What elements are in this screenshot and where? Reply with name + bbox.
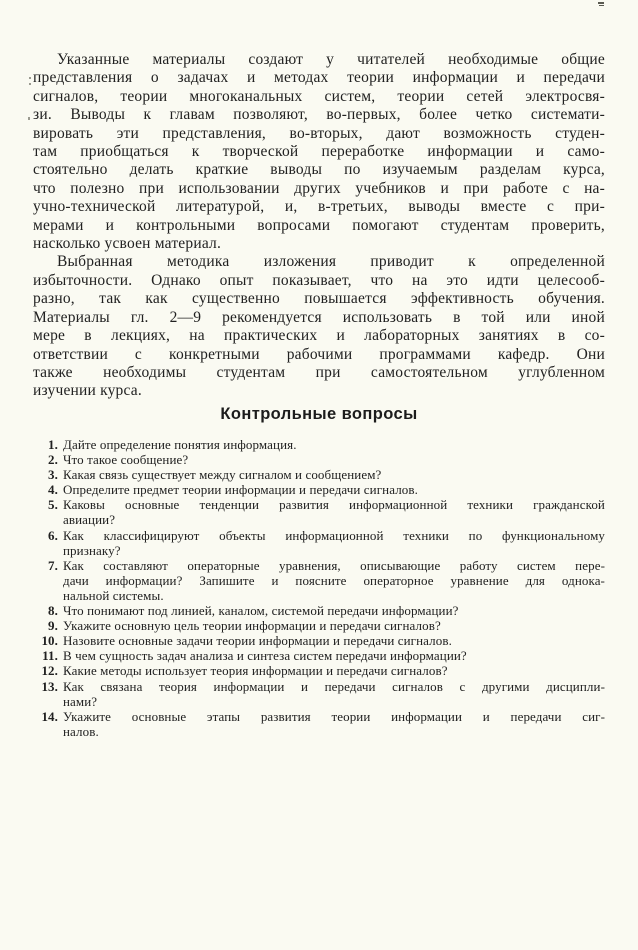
body-text-line: там приобщаться к творческой переработке… [33,143,605,161]
question-number: 9. [33,618,63,633]
question-text-line: Как составляют операторные уравнения, оп… [63,558,605,573]
question-text-line: Что такое сообщение? [63,452,605,467]
body-text-line: насколько усвоен материал. [33,235,605,253]
body-text-line: вировать эти представления, во-вторых, д… [33,125,605,143]
body-text-line: сигналов, теории многоканальных систем, … [33,88,605,106]
body-text-line: избыточности. Однако опыт показывает, чт… [33,272,605,290]
question-item: 4.Определите предмет теории информации и… [33,482,605,497]
question-text: Назовите основные задачи теории информац… [63,633,605,648]
body-text-line: что полезно при использовании других уче… [33,180,605,198]
body-text-line: разно, так как существенно повышается эф… [33,290,605,308]
question-text-line: Что понимают под линией, каналом, систем… [63,603,605,618]
question-number: 14. [33,709,63,724]
question-item: 11.В чем сущность задач анализа и синтез… [33,648,605,663]
question-text: Как составляют операторные уравнения, оп… [63,558,605,603]
question-item: 7.Как составляют операторные уравнения, … [33,558,605,603]
question-text-line: нальной системы. [63,588,605,603]
question-number: 8. [33,603,63,618]
control-questions-list: 1.Дайте определение понятия информация.2… [33,437,605,739]
body-paragraphs: Указанные материалы создают у читателей … [33,51,605,401]
question-text: Определите предмет теории информации и п… [63,482,605,497]
question-text-line: Какие методы использует теория информаци… [63,663,605,678]
question-item: 3.Какая связь существует между сигналом … [33,467,605,482]
question-text: Как классифицируют объекты информационно… [63,528,605,558]
body-text-line: Материалы гл. 2—9 рекомендуется использо… [33,309,605,327]
scan-artifact [599,5,604,6]
section-title: Контрольные вопросы [0,404,638,424]
scan-artifact [29,83,31,85]
question-text: Укажите основную цель теории информации … [63,618,605,633]
question-text-line: налов. [63,724,605,739]
question-text-line: Назовите основные задачи теории информац… [63,633,605,648]
scan-artifact [598,2,604,4]
body-text-line: мере в лекциях, на практических и лабора… [33,327,605,345]
question-item: 9.Укажите основную цель теории информаци… [33,618,605,633]
question-text: Каковы основные тенденции развития инфор… [63,497,605,527]
question-number: 7. [33,558,63,573]
question-text: Как связана теория информации и передачи… [63,679,605,709]
body-text-line: изучении курса. [33,382,605,400]
question-item: 8.Что понимают под линией, каналом, сист… [33,603,605,618]
question-number: 5. [33,497,63,512]
question-text-line: Каковы основные тенденции развития инфор… [63,497,605,512]
question-text: Укажите основные этапы развития теории и… [63,709,605,739]
question-text-line: Определите предмет теории информации и п… [63,482,605,497]
question-text: Какая связь существует между сигналом и … [63,467,605,482]
body-text-line: также необходимы студентам при самостоят… [33,364,605,382]
question-number: 11. [33,648,63,663]
body-text-line: учно-технической литературой, и, в-треть… [33,198,605,216]
question-text-line: Как связана теория информации и передачи… [63,679,605,694]
body-text-line: стоятельно делать краткие выводы по изуч… [33,161,605,179]
question-text: Какие методы использует теория информаци… [63,663,605,678]
question-text-line: В чем сущность задач анализа и синтеза с… [63,648,605,663]
question-number: 6. [33,528,63,543]
body-text-line: ответствии с конкретными рабочими програ… [33,346,605,364]
body-text-line: зи. Выводы к главам позволяют, во-первых… [33,106,605,124]
body-text-line: представления о задачах и методах теории… [33,69,605,87]
question-item: 6.Как классифицируют объекты информацион… [33,528,605,558]
question-item: 12.Какие методы использует теория информ… [33,663,605,678]
question-item: 14.Укажите основные этапы развития теори… [33,709,605,739]
question-text-line: нами? [63,694,605,709]
question-text: Что такое сообщение? [63,452,605,467]
question-item: 1.Дайте определение понятия информация. [33,437,605,452]
question-text-line: Укажите основные этапы развития теории и… [63,709,605,724]
question-item: 2.Что такое сообщение? [33,452,605,467]
question-item: 10.Назовите основные задачи теории инфор… [33,633,605,648]
question-text: В чем сущность задач анализа и синтеза с… [63,648,605,663]
question-text-line: Какая связь существует между сигналом и … [63,467,605,482]
question-number: 2. [33,452,63,467]
question-text-line: авиации? [63,512,605,527]
question-number: 4. [33,482,63,497]
question-text-line: Укажите основную цель теории информации … [63,618,605,633]
question-text-line: дачи информации? Запишите и поясните опе… [63,573,605,588]
question-number: 1. [33,437,63,452]
scan-artifact [29,77,31,79]
body-text-line: Указанные материалы создают у читателей … [33,51,605,69]
question-number: 12. [33,663,63,678]
body-text-line: Выбранная методика изложения приводит к … [33,253,605,271]
question-number: 10. [33,633,63,648]
body-text-line: мерами и контрольными вопросами помогают… [33,217,605,235]
scanned-book-page: Указанные материалы создают у читателей … [0,0,638,950]
question-number: 3. [33,467,63,482]
question-item: 13.Как связана теория информации и перед… [33,679,605,709]
scan-artifact [28,117,30,120]
question-item: 5.Каковы основные тенденции развития инф… [33,497,605,527]
question-text-line: Как классифицируют объекты информационно… [63,528,605,543]
question-text: Что понимают под линией, каналом, систем… [63,603,605,618]
question-number: 13. [33,679,63,694]
question-text-line: признаку? [63,543,605,558]
question-text-line: Дайте определение понятия информация. [63,437,605,452]
question-text: Дайте определение понятия информация. [63,437,605,452]
